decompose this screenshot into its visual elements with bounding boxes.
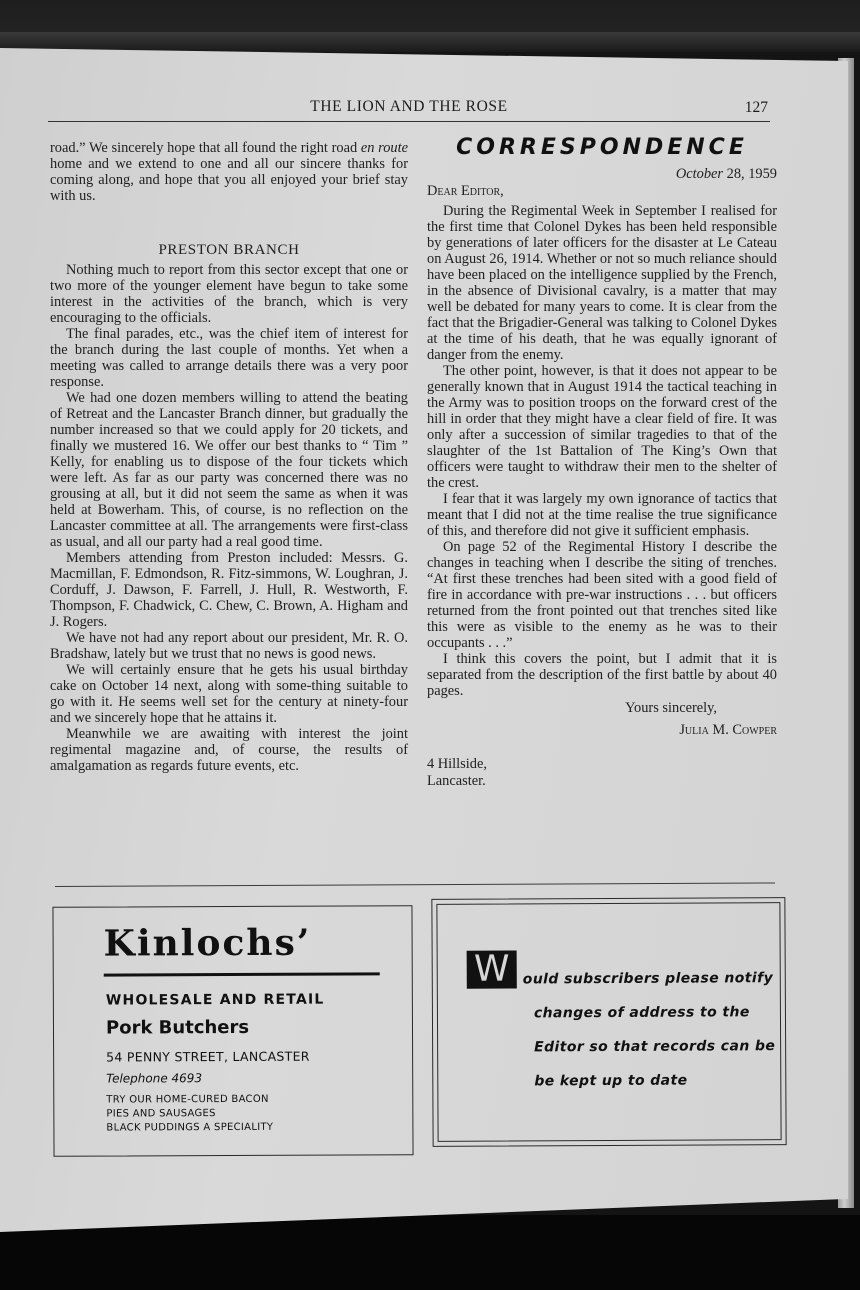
section-heading-preston: PRESTON BRANCH (50, 242, 408, 258)
letter-signoff: Yours sincerely, (427, 700, 777, 716)
advert-phone: Telephone 4693 (106, 1071, 202, 1085)
letter-paragraph: I fear that it was largely my own ignora… (427, 491, 777, 539)
advert-brand-name: Kinlochs’ (104, 922, 312, 965)
letter-signature: Julia M. Cowper (427, 722, 777, 738)
notice-dropcap: W (467, 950, 517, 988)
letter-address: 4 Hillside, Lancaster. (427, 756, 777, 790)
left-column: road.” We sincerely hope that all found … (50, 140, 408, 774)
subscriber-notice: W ould subscribers please notify changes… (431, 897, 786, 1147)
notice-line: be kept up to date (534, 1073, 687, 1090)
paragraph: Members attending from Preston included:… (50, 550, 408, 630)
right-column: CORRESPONDENCE October 28, 1959 Dear Edi… (427, 140, 777, 790)
notice-line: Editor so that records can be (534, 1038, 775, 1055)
publication-title: THE LION AND THE ROSE (48, 98, 770, 116)
address-line: Lancaster. (427, 773, 777, 790)
paragraph: The final parades, etc., was the chief i… (50, 326, 408, 390)
notice-line: changes of address to the (534, 1004, 750, 1021)
notice-inner-border (436, 902, 781, 1142)
letter-salutation: Dear Editor, (427, 183, 777, 199)
continuation-text-after: home and we extend to one and all our si… (50, 156, 408, 204)
paragraph: Meanwhile we are awaiting with interest … (50, 726, 408, 774)
advert-address: 54 PENNY STREET, LANCASTER (106, 1049, 310, 1065)
advert-special-line: PIES AND SAUSAGES (106, 1107, 273, 1122)
paragraph: We had one dozen members willing to atte… (50, 390, 408, 550)
page-number: 127 (745, 99, 768, 117)
advert-specials: TRY OUR HOME-CURED BACON PIES AND SAUSAG… (106, 1093, 273, 1136)
book-spine-edge (0, 32, 860, 52)
section-title-correspondence: CORRESPONDENCE (427, 140, 777, 156)
letter-paragraph: On page 52 of the Regimental History I d… (427, 539, 777, 651)
advert-business: Pork Butchers (106, 1017, 249, 1039)
date-month: October (676, 166, 723, 182)
advert-rule (104, 972, 380, 976)
date-rest: 28, 1959 (723, 166, 777, 182)
running-head: THE LION AND THE ROSE 127 (48, 96, 770, 122)
letter-paragraph: The other point, however, is that it doe… (427, 363, 777, 491)
address-line: 4 Hillside, (427, 756, 777, 773)
paragraph: We have not had any report about our pre… (50, 630, 408, 662)
continuation-text: road.” We sincerely hope that all found … (50, 140, 361, 156)
letter-paragraph: I think this covers the point, but I adm… (427, 651, 777, 699)
letter-date: October 28, 1959 (427, 166, 777, 182)
paragraph: We will certainly ensure that he gets hi… (50, 662, 408, 726)
continuation-italic: en route (361, 140, 408, 156)
letter-paragraph: During the Regimental Week in September … (427, 203, 777, 363)
advert-trade: WHOLESALE AND RETAIL (106, 992, 325, 1009)
paragraph: Nothing much to report from this sector … (50, 262, 408, 326)
advert-kinlochs: Kinlochs’ WHOLESALE AND RETAIL Pork Butc… (52, 905, 413, 1157)
advert-special-line: BLACK PUDDINGS A SPECIALITY (106, 1121, 273, 1136)
advert-special-line: TRY OUR HOME-CURED BACON (106, 1093, 273, 1108)
notice-line: ould subscribers please notify (523, 970, 773, 987)
continuation-paragraph: road.” We sincerely hope that all found … (50, 140, 408, 204)
